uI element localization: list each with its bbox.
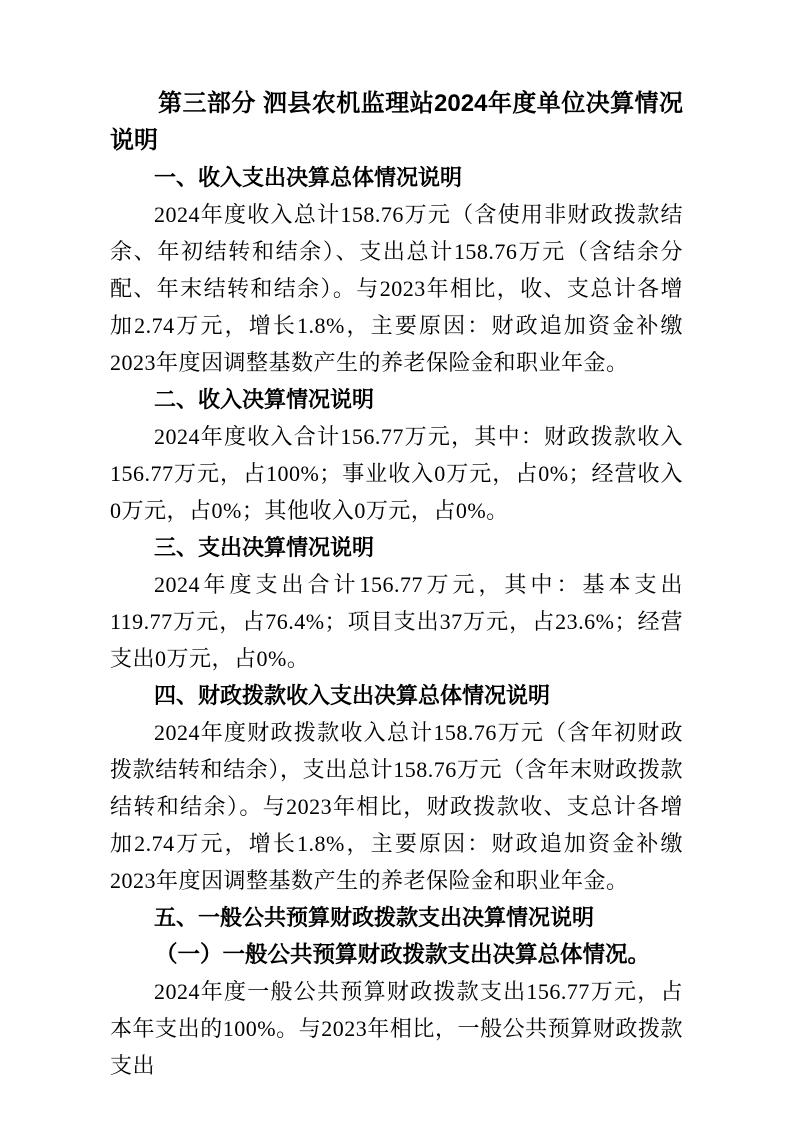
section-heading-income-accounts: 二、收入决算情况说明 [110, 381, 683, 418]
section-heading-fiscal-appropriation-overview: 四、财政拨款收入支出决算总体情况说明 [110, 677, 683, 714]
section-paragraph: 2024年度一般公共预算财政拨款支出156.77万元，占本年支出的100%。与2… [110, 973, 683, 1084]
section-paragraph: 2024年度收入合计156.77万元，其中：财政拨款收入156.77万元，占10… [110, 418, 683, 529]
document-page: 第三部分 泗县农机监理站2024年度单位决算情况说明 一、收入支出决算总体情况说… [0, 0, 793, 1122]
section-heading-general-public-budget-expenditure: 五、一般公共预算财政拨款支出决算情况说明 [110, 899, 683, 936]
section-heading-income-expenditure-overview: 一、收入支出决算总体情况说明 [110, 159, 683, 196]
section-heading-expenditure-accounts: 三、支出决算情况说明 [110, 529, 683, 566]
section-paragraph: 2024年度财政拨款收入总计158.76万元（含年初财政拨款结转和结余），支出总… [110, 714, 683, 899]
subsection-heading-general-public-budget-overview: （一）一般公共预算财政拨款支出决算总体情况。 [110, 936, 683, 973]
section-paragraph: 2024年度收入总计158.76万元（含使用非财政拨款结余、年初结转和结余）、支… [110, 196, 683, 381]
section-paragraph: 2024年度支出合计156.77万元，其中：基本支出119.77万元，占76.4… [110, 566, 683, 677]
document-title: 第三部分 泗县农机监理站2024年度单位决算情况说明 [110, 85, 683, 159]
